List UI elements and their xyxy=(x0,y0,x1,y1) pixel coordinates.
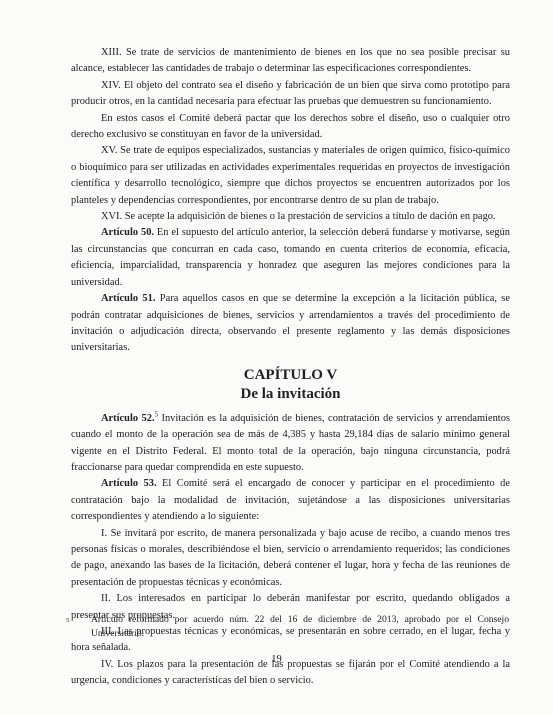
paragraph: Artículo 51. Para aquellos casos en que … xyxy=(71,291,510,357)
article-label: Artículo 50. xyxy=(101,227,154,238)
paragraph: XIV. El objeto del contrato sea el diseñ… xyxy=(71,78,510,111)
document-page: XIII. Se trate de servicios de mantenimi… xyxy=(0,0,553,715)
section-after-chapter: Artículo 52.5 Invitación es la adquisici… xyxy=(71,411,510,690)
paragraph: I. Se invitará por escrito, de manera pe… xyxy=(71,526,510,592)
paragraph: Artículo 52.5 Invitación es la adquisici… xyxy=(71,411,510,477)
paragraph: XIII. Se trate de servicios de mantenimi… xyxy=(71,45,510,78)
paragraph: En estos casos el Comité deberá pactar q… xyxy=(71,111,510,144)
footnote: 5 Artículo reformado por acuerdo núm. 22… xyxy=(66,613,509,640)
footnote-reference: 5 xyxy=(155,411,158,418)
footnote-marker: 5 xyxy=(66,613,91,640)
footnote-row: 5 Artículo reformado por acuerdo núm. 22… xyxy=(66,613,509,640)
article-label: Artículo 51. xyxy=(101,293,155,304)
footnote-text: Artículo reformado por acuerdo núm. 22 d… xyxy=(91,613,509,640)
chapter-subtitle: De la invitación xyxy=(71,385,510,404)
chapter-heading: CAPÍTULO V De la invitación xyxy=(71,366,510,404)
paragraph: Artículo 50. En el supuesto del artículo… xyxy=(71,225,510,291)
article-label: Artículo 52. xyxy=(101,413,155,424)
paragraph: XVI. Se acepte la adquisición de bienes … xyxy=(71,209,510,225)
main-text-column: XIII. Se trate de servicios de mantenimi… xyxy=(71,45,510,690)
section-before-chapter: XIII. Se trate de servicios de mantenimi… xyxy=(71,45,510,357)
paragraph: Artículo 53. El Comité será el encargado… xyxy=(71,476,510,525)
article-label: Artículo 53. xyxy=(101,478,157,489)
paragraph: XV. Se trate de equipos especializados, … xyxy=(71,143,510,209)
page-number: 19 xyxy=(0,654,553,665)
chapter-title: CAPÍTULO V xyxy=(71,366,510,385)
